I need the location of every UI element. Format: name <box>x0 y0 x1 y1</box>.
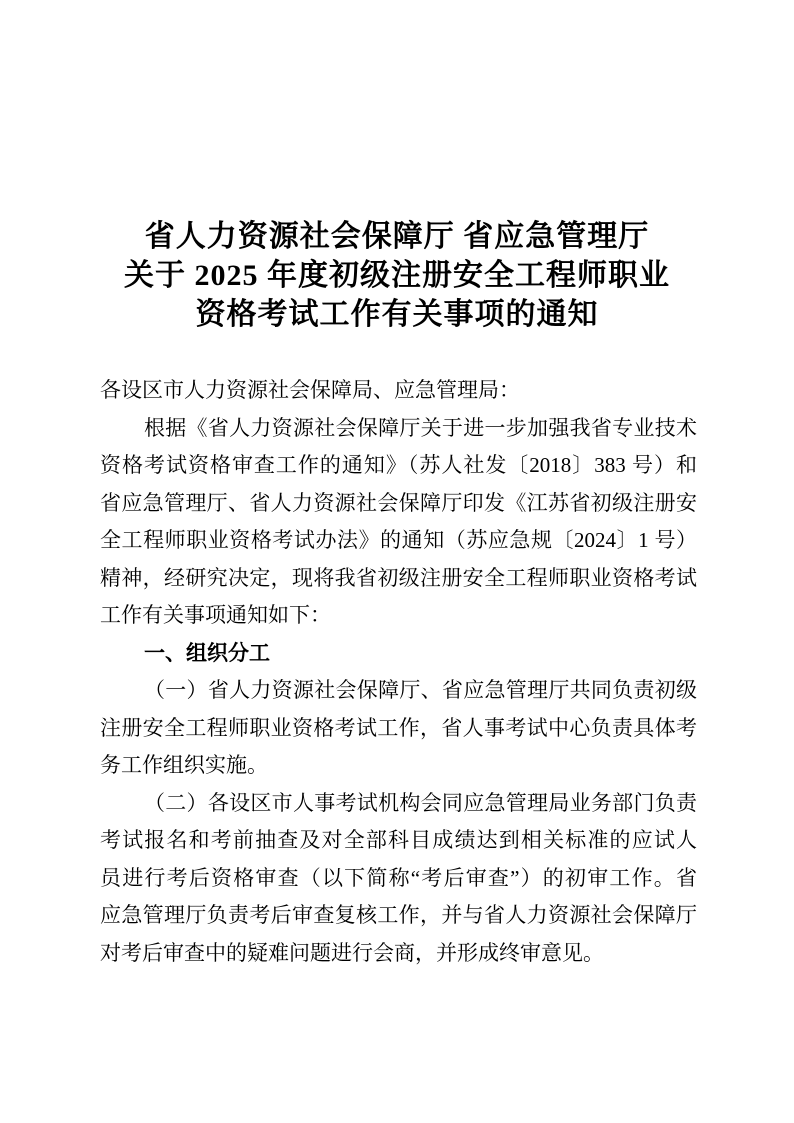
paragraph-line: 员进行考后资格审查（以下简称“考后审查”）的初审工作。省 <box>100 860 697 898</box>
paragraph-line: 注册安全工程师职业资格考试工作，省人事考试中心负责具体考 <box>100 710 697 748</box>
document-title: 省人力资源社会保障厅 省应急管理厅 关于 2025 年度初级注册安全工程师职业 … <box>0 217 794 334</box>
paragraph-intro: 根据《省人力资源社会保障厅关于进一步加强我省专业技术 资格考试资格审查工作的通知… <box>100 410 697 635</box>
title-line-3: 资格考试工作有关事项的通知 <box>0 295 794 334</box>
paragraph-line: 省应急管理厅、省人力资源社会保障厅印发《江苏省初级注册安 <box>100 485 697 523</box>
paragraph-line: 应急管理厅负责考后审查复核工作，并与省人力资源社会保障厅 <box>100 897 697 935</box>
paragraph-line: 资格考试资格审查工作的通知》（苏人社发〔2018〕383 号）和 <box>100 447 697 485</box>
salutation-line: 各设区市人力资源社会保障局、应急管理局： <box>100 372 697 410</box>
paragraph-line: （一）省人力资源社会保障厅、省应急管理厅共同负责初级 <box>100 672 697 710</box>
paragraph-line: 工作有关事项通知如下： <box>100 597 697 635</box>
paragraph-item-1: （一）省人力资源社会保障厅、省应急管理厅共同负责初级 注册安全工程师职业资格考试… <box>100 672 697 785</box>
paragraph-line: 考试报名和考前抽查及对全部科目成绩达到相关标准的应试人 <box>100 822 697 860</box>
paragraph-line: 务工作组织实施。 <box>100 747 697 785</box>
paragraph-item-2: （二）各设区市人事考试机构会同应急管理局业务部门负责 考试报名和考前抽查及对全部… <box>100 785 697 973</box>
paragraph-line: （二）各设区市人事考试机构会同应急管理局业务部门负责 <box>100 785 697 823</box>
document-body: 各设区市人力资源社会保障局、应急管理局： 根据《省人力资源社会保障厅关于进一步加… <box>100 372 697 972</box>
paragraph-line: 精神，经研究决定，现将我省初级注册安全工程师职业资格考试 <box>100 560 697 598</box>
section-1-heading: 一、组织分工 <box>100 635 697 673</box>
document-page: 省人力资源社会保障厅 省应急管理厅 关于 2025 年度初级注册安全工程师职业 … <box>0 0 794 1123</box>
paragraph-line: 根据《省人力资源社会保障厅关于进一步加强我省专业技术 <box>100 410 697 448</box>
title-line-1: 省人力资源社会保障厅 省应急管理厅 <box>0 217 794 256</box>
paragraph-line: 全工程师职业资格考试办法》的通知（苏应急规〔2024〕1 号） <box>100 522 697 560</box>
paragraph-line: 对考后审查中的疑难问题进行会商，并形成终审意见。 <box>100 935 697 973</box>
title-line-2: 关于 2025 年度初级注册安全工程师职业 <box>0 256 794 295</box>
